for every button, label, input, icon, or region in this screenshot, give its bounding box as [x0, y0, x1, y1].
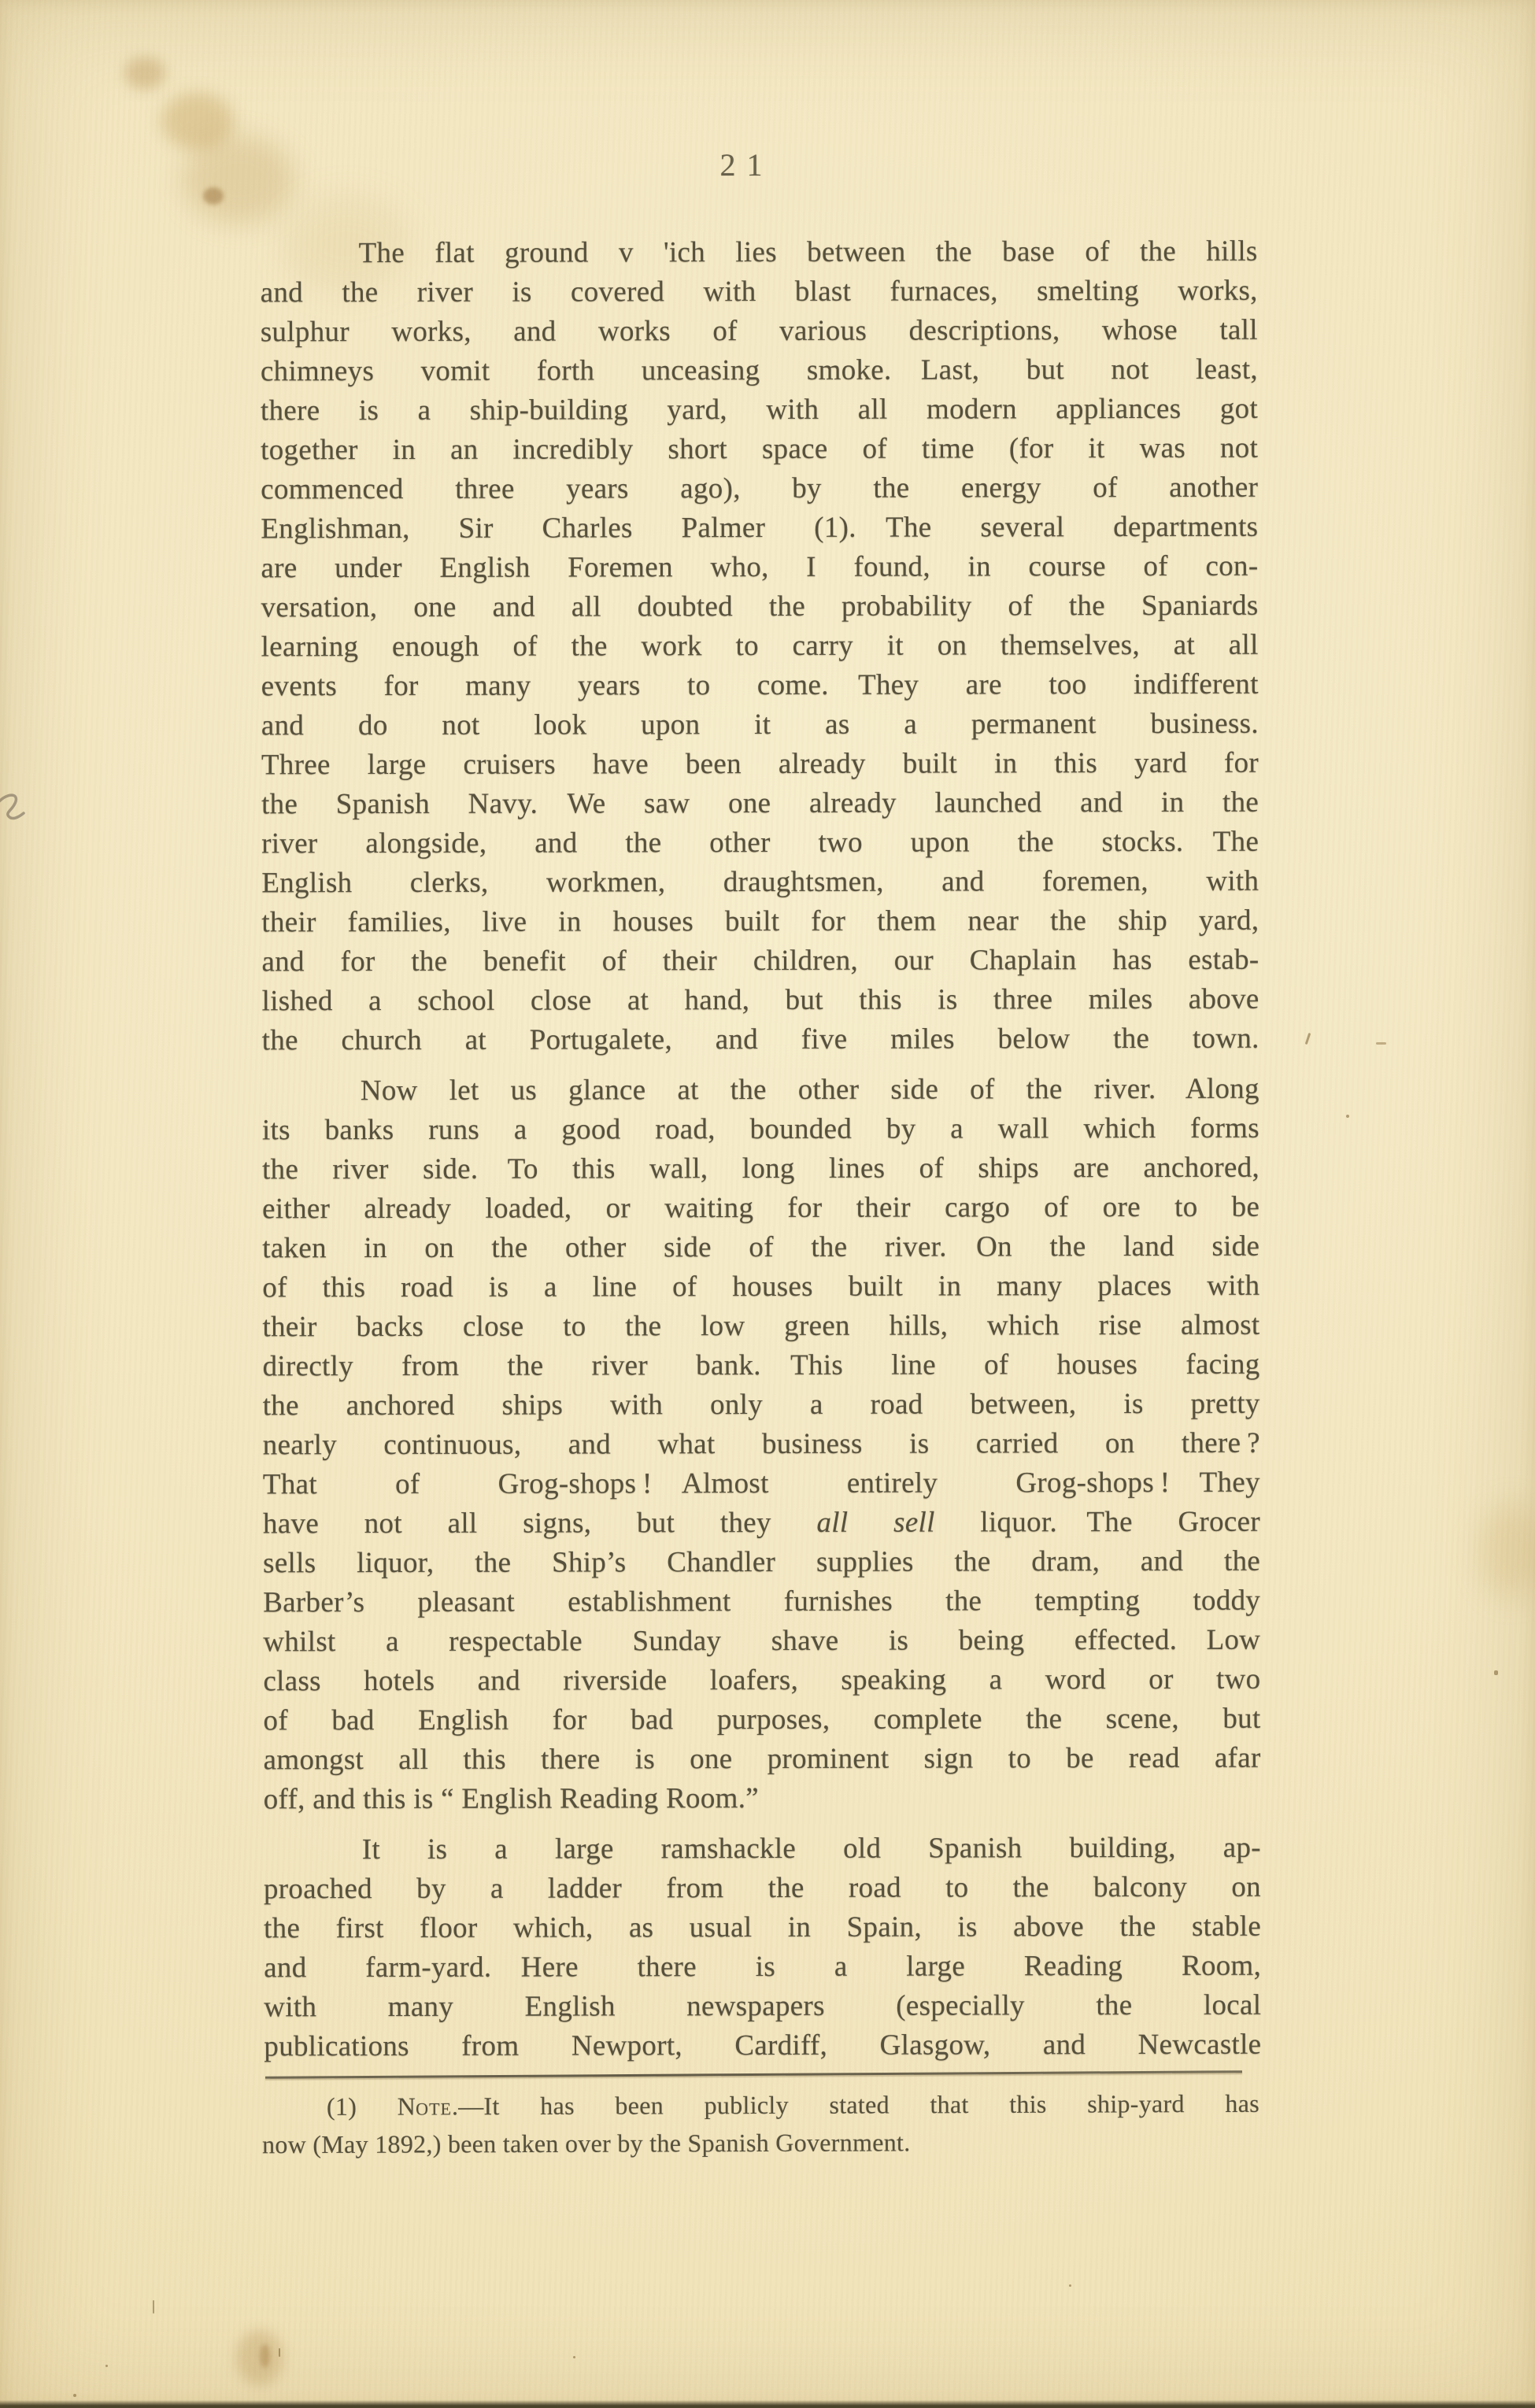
- paper-stain: [203, 187, 224, 205]
- text-line: Barber’s pleasant establishment furnishe…: [263, 1581, 1260, 1623]
- text-line: English clerks, workmen, draughtsmen, an…: [261, 862, 1259, 904]
- text-line: learning enough of the work to carry it …: [261, 626, 1259, 668]
- text-line: commenced three years ago), by the energ…: [261, 468, 1258, 510]
- text-line: of this road is a line of houses built i…: [262, 1267, 1259, 1308]
- text-line: proached by a ladder from the road to th…: [264, 1868, 1261, 1910]
- footnote-rule: [265, 2070, 1242, 2079]
- text-line: their backs close to the low green hills…: [262, 1306, 1259, 1348]
- text-line: directly from the river bank. This line …: [263, 1345, 1260, 1387]
- text-line: That of Grog-shops ! Almost entirely Gro…: [263, 1463, 1260, 1505]
- text-line: taken in on the other side of the river.…: [262, 1227, 1259, 1269]
- text-line: its banks runs a good road, bounded by a…: [262, 1109, 1259, 1151]
- paper-speck: [153, 2300, 154, 2314]
- text-line: the anchored ships with only a road betw…: [263, 1385, 1260, 1426]
- paper-speck: [1376, 1042, 1386, 1045]
- text-line: their families, live in houses built for…: [261, 901, 1259, 943]
- text-line: the church at Portugalete, and five mile…: [262, 1019, 1259, 1061]
- text-line: whilst a respectable Sunday shave is bei…: [263, 1621, 1260, 1663]
- paragraph: It is a large ramshackle old Spanish bui…: [264, 1829, 1262, 2067]
- text-line: Three large cruisers have been already b…: [261, 744, 1259, 786]
- text-line: off, and this is “ English Reading Room.…: [264, 1778, 1261, 1820]
- paper-stain: [124, 57, 165, 90]
- page-number: 21: [248, 146, 1245, 183]
- text-line: now (May 1892,) been taken over by the S…: [262, 2122, 1259, 2163]
- book-page: 21 The flat ground v 'ich lies between t…: [0, 0, 1535, 2408]
- smallcaps-text: ote: [416, 2092, 452, 2120]
- text-line: class hotels and riverside loafers, spea…: [263, 1660, 1260, 1702]
- margin-pen-mark: [0, 789, 37, 839]
- text-line: and for the benefit of their children, o…: [261, 941, 1259, 982]
- text-line: either already loaded, or waiting for th…: [262, 1188, 1259, 1230]
- text-line: with many English newspapers (especially…: [264, 1986, 1261, 2028]
- text-line: the Spanish Navy. We saw one already lau…: [261, 783, 1259, 825]
- page-text: The flat ground v 'ich lies between the …: [261, 232, 1262, 2067]
- text-line: nearly continuous, and what business is …: [263, 1424, 1260, 1466]
- text-line: and farm-yard. Here there is a large Rea…: [264, 1947, 1261, 1988]
- text-line: chimneys vomit forth unceasing smoke. La…: [261, 350, 1258, 392]
- paper-stain: [161, 93, 234, 150]
- text-line: events for many years to come. They are …: [261, 665, 1259, 707]
- paper-stain: [1480, 1504, 1535, 1598]
- paper-speck: [573, 2356, 575, 2358]
- text-line: versation, one and all doubted the proba…: [261, 586, 1259, 628]
- text-line: sells liquor, the Ship’s Chandler suppli…: [263, 1542, 1260, 1584]
- footnote-text: (1) Note.—It has been publicly stated th…: [262, 2084, 1259, 2163]
- text-line: publications from Newport, Cardiff, Glas…: [264, 2025, 1261, 2067]
- paper-speck: [1346, 1115, 1349, 1118]
- text-line: the first floor which, as usual in Spain…: [264, 1907, 1261, 1949]
- paper-speck: [1305, 1033, 1311, 1045]
- italic-text: all sell: [816, 1507, 934, 1539]
- text-line: and the river is covered with blast furn…: [261, 272, 1258, 313]
- paragraph: Now let us glance at the other side of t…: [262, 1070, 1261, 1820]
- paper-speck: [1494, 1670, 1498, 1675]
- text-line: and do not look upon it as a permanent b…: [261, 705, 1259, 746]
- text-line: amongst all this there is one prominent …: [264, 1739, 1261, 1781]
- paragraph: The flat ground v 'ich lies between the …: [261, 232, 1259, 1061]
- text-line: have not all signs, but they all sell li…: [263, 1503, 1260, 1544]
- paper-speck: [279, 2348, 280, 2357]
- paper-speck: [1069, 2284, 1071, 2287]
- text-line: are under English Foremen who, I found, …: [261, 547, 1258, 589]
- text-line: river alongside, and the other two upon …: [261, 823, 1259, 864]
- text-line: sulphur works, and works of various desc…: [261, 311, 1258, 353]
- text-line: Now let us glance at the other side of t…: [262, 1070, 1259, 1112]
- text-line: the river side. To this wall, long lines…: [262, 1149, 1259, 1190]
- text-line: The flat ground v 'ich lies between the …: [261, 232, 1258, 274]
- text-line: together in an incredibly short space of…: [261, 429, 1258, 471]
- paper-speck: [260, 2344, 270, 2368]
- page-bottom-edge: [0, 2400, 1535, 2408]
- text-line: Englishman, Sir Charles Palmer (1). The …: [261, 508, 1258, 549]
- paper-stain: [236, 2330, 283, 2385]
- paper-speck: [105, 2365, 108, 2367]
- paragraph: (1) Note.—It has been publicly stated th…: [262, 2084, 1259, 2163]
- text-line: lished a school close at hand, but this …: [262, 980, 1259, 1022]
- text-line: of bad English for bad purposes, complet…: [263, 1700, 1260, 1741]
- paper-speck: [73, 2394, 76, 2397]
- text-line: there is a ship-building yard, with all …: [261, 390, 1258, 431]
- text-line: It is a large ramshackle old Spanish bui…: [264, 1829, 1261, 1870]
- text-line: (1) Note.—It has been publicly stated th…: [262, 2084, 1259, 2125]
